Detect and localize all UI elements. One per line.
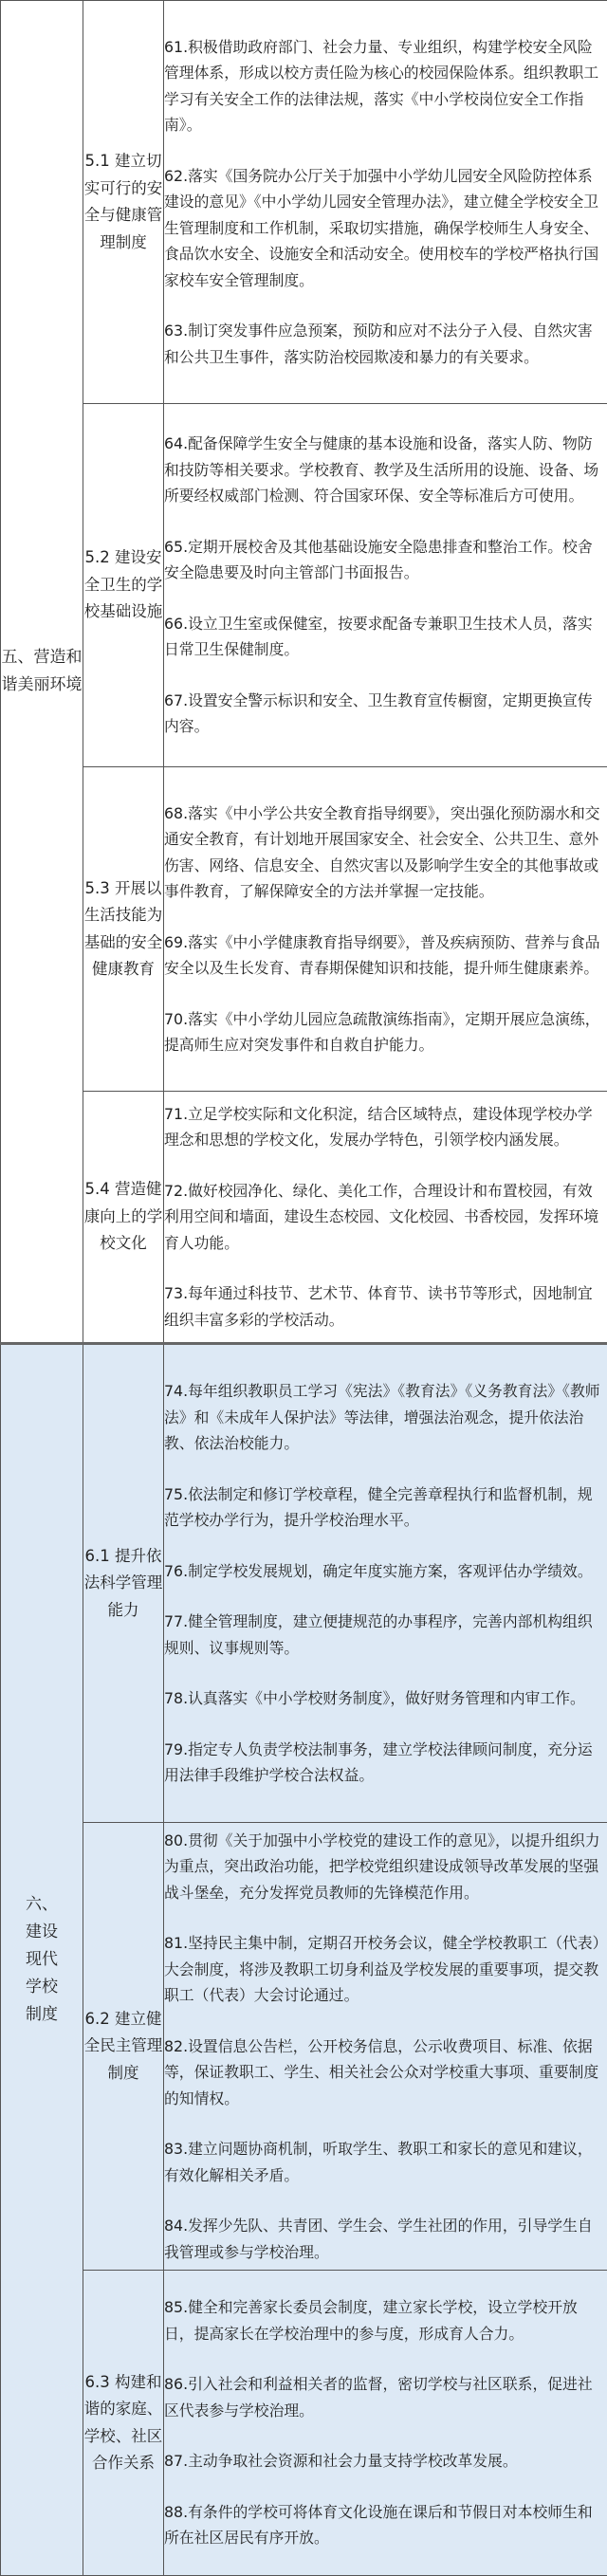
list-item: 82.设置信息公告栏，公开校务信息，公示收费项目、标准、依据等，保证教职工、学生… — [164, 2033, 607, 2112]
item-list: 64.配备保障学生安全与健康的基本设施和设备，落实人防、物防和技防等相关要求。学… — [164, 404, 607, 767]
item-list: 80.贯彻《关于加强中小学校党的建设工作的意见》，以提升组织力为重点，突出政治功… — [164, 1823, 607, 2271]
table-row: 六、建设现代学校制度 6.1 提升依法科学管理能力 74.每年组织教职员工学习《… — [1, 1344, 607, 1823]
item-list: 74.每年组织教职员工学习《宪法》《教育法》《义务教育法》《教师法》和《未成年人… — [164, 1344, 607, 1823]
list-item: 74.每年组织教职员工学习《宪法》《教育法》《义务教育法》《教师法》和《未成年人… — [164, 1378, 607, 1457]
list-item: 68.落实《中小学公共安全教育指导纲要》，突出强化预防溺水和交通安全教育，有计划… — [164, 800, 607, 905]
list-item: 85.健全和完善家长委员会制度，建立家长学校，设立学校开放日，提高家长在学校治理… — [164, 2294, 607, 2346]
list-item: 61.积极借助政府部门、社会力量、专业组织，构建学校安全风险管理体系，形成以校方… — [164, 34, 607, 138]
subsection-label: 6.1 提升依法科学管理能力 — [83, 1344, 164, 1823]
item-list: 68.落实《中小学公共安全教育指导纲要》，突出强化预防溺水和交通安全教育，有计划… — [164, 767, 607, 1092]
list-item: 78.认真落实《中小学校财务制度》，做好财务管理和内审工作。 — [164, 1685, 607, 1712]
table-row: 5.2 建设安全卫生的学校基础设施 64.配备保障学生安全与健康的基本设施和设备… — [1, 404, 607, 767]
list-item: 79.指定专人负责学校法制事务，建立学校法律顾问制度，充分运用法律手段维护学校合… — [164, 1737, 607, 1789]
item-list: 61.积极借助政府部门、社会力量、专业组织，构建学校安全风险管理体系，形成以校方… — [164, 1, 607, 404]
standards-table: 五、营造和谐美丽环境 5.1 建立切实可行的安全与健康管理制度 61.积极借助政… — [0, 0, 607, 2576]
list-item: 80.贯彻《关于加强中小学校党的建设工作的意见》，以提升组织力为重点，突出政治功… — [164, 1828, 607, 1906]
list-item: 72.做好校园净化、绿化、美化工作，合理设计和布置校园，有效利用空间和墙面，建设… — [164, 1178, 607, 1257]
list-item: 81.坚持民主集中制，定期召开校务会议，健全学校教职工（代表）大会制度，将涉及教… — [164, 1930, 607, 2009]
list-item: 73.每年通过科技节、艺术节、体育节、读书节等形式，因地制宜组织丰富多彩的学校活… — [164, 1280, 607, 1333]
list-item: 87.主动争取社会资源和社会力量支持学校改革发展。 — [164, 2448, 607, 2475]
section-title: 六、建设现代学校制度 — [1, 1344, 83, 2576]
subsection-label: 5.2 建设安全卫生的学校基础设施 — [83, 404, 164, 767]
subsection-label: 6.2 建立健全民主管理制度 — [83, 1823, 164, 2271]
list-item: 65.定期开展校舍及其他基础设施安全隐患排查和整治工作。校舍安全隐患要及时向主管… — [164, 534, 607, 586]
table-row: 5.3 开展以生活技能为基础的安全健康教育 68.落实《中小学公共安全教育指导纲… — [1, 767, 607, 1092]
subsection-label: 5.1 建立切实可行的安全与健康管理制度 — [83, 1, 164, 404]
table-row: 五、营造和谐美丽环境 5.1 建立切实可行的安全与健康管理制度 61.积极借助政… — [1, 1, 607, 404]
table-row: 6.3 构建和谐的家庭、学校、社区合作关系 85.健全和完善家长委员会制度，建立… — [1, 2271, 607, 2576]
list-item: 77.健全管理制度，建立便捷规范的办事程序，完善内部机构组织规则、议事规则等。 — [164, 1609, 607, 1661]
list-item: 76.制定学校发展规划，确定年度实施方案，客观评估办学绩效。 — [164, 1558, 607, 1585]
list-item: 66.设立卫生室或保健室，按要求配备专兼职卫生技术人员，落实日常卫生保健制度。 — [164, 611, 607, 663]
list-item: 84.发挥少先队、共青团、学生会、学生社团的作用，引导学生自我管理或参与学校治理… — [164, 2213, 607, 2265]
list-item: 88.有条件的学校可将体育文化设施在课后和节假日对本校师生和所在社区居民有序开放… — [164, 2499, 607, 2551]
subsection-label: 6.3 构建和谐的家庭、学校、社区合作关系 — [83, 2271, 164, 2576]
list-item: 69.落实《中小学健康教育指导纲要》，普及疾病预防、营养与食品安全以及生长发育、… — [164, 929, 607, 982]
list-item: 71.立足学校实际和文化积淀，结合区域特点，建设体现学校办学理念和思想的学校文化… — [164, 1101, 607, 1153]
item-list: 71.立足学校实际和文化积淀，结合区域特点，建设体现学校办学理念和思想的学校文化… — [164, 1092, 607, 1344]
table-row: 5.4 营造健康向上的学校文化 71.立足学校实际和文化积淀，结合区域特点，建设… — [1, 1092, 607, 1344]
subsection-label: 5.3 开展以生活技能为基础的安全健康教育 — [83, 767, 164, 1092]
list-item: 62.落实《国务院办公厅关于加强中小学幼儿园安全风险防控体系建设的意见》《中小学… — [164, 163, 607, 294]
item-list: 85.健全和完善家长委员会制度，建立家长学校，设立学校开放日，提高家长在学校治理… — [164, 2271, 607, 2576]
list-item: 64.配备保障学生安全与健康的基本设施和设备，落实人防、物防和技防等相关要求。学… — [164, 431, 607, 509]
section-title: 五、营造和谐美丽环境 — [1, 1, 83, 1344]
subsection-label: 5.4 营造健康向上的学校文化 — [83, 1092, 164, 1344]
list-item: 67.设置安全警示标识和安全、卫生教育宣传橱窗，定期更换宣传内容。 — [164, 688, 607, 740]
list-item: 63.制订突发事件应急预案，预防和应对不法分子入侵、自然灾害和公共卫生事件，落实… — [164, 318, 607, 370]
list-item: 70.落实《中小学幼儿园应急疏散演练指南》，定期开展应急演练，提高师生应对突发事… — [164, 1006, 607, 1058]
list-item: 83.建立问题协商机制，听取学生、教职工和家长的意见和建议，有效化解相关矛盾。 — [164, 2136, 607, 2188]
table-row: 6.2 建立健全民主管理制度 80.贯彻《关于加强中小学校党的建设工作的意见》，… — [1, 1823, 607, 2271]
list-item: 86.引入社会和利益相关者的监督，密切学校与社区联系，促进社区代表参与学校治理。 — [164, 2371, 607, 2423]
list-item: 75.依法制定和修订学校章程，健全完善章程执行和监督机制，规范学校办学行为，提升… — [164, 1481, 607, 1534]
